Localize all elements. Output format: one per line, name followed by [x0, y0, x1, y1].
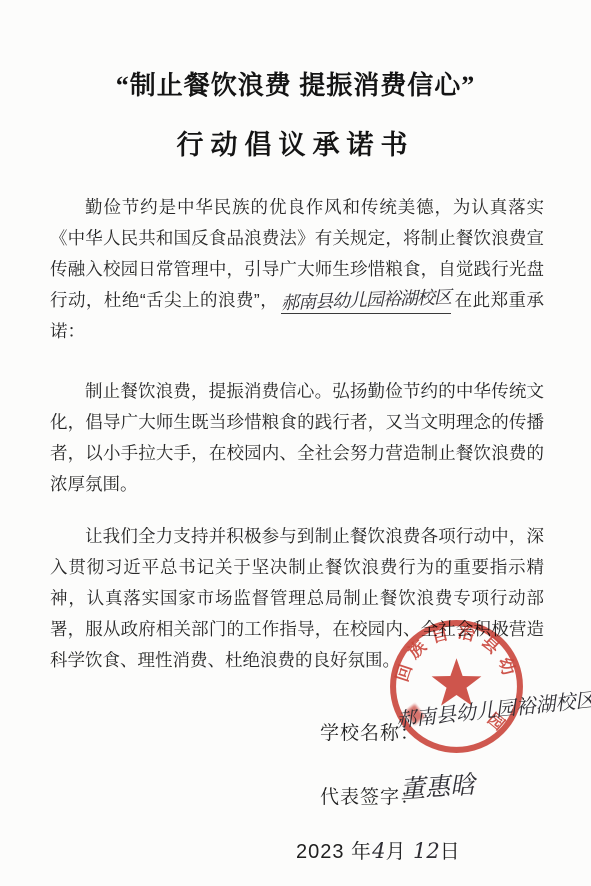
representative-signature-row: 代表签字： 董惠晗 — [320, 782, 591, 808]
official-red-seal: 回族自治县幼 园 — [386, 616, 527, 757]
date-year: 2023 年 — [296, 841, 372, 863]
filled-blank-school-name: 郝南县幼儿园裕湖校区 — [281, 288, 451, 314]
handwritten-day: 12 — [413, 839, 440, 863]
handwritten-signature: 董惠晗 — [399, 765, 476, 806]
page-subtitle: 行动倡议承诺书 — [0, 128, 591, 162]
paragraph-1: 勤俭节约是中华民族的优良作风和传统美德，为认真落实《中华人民共和国反食品浪费法》… — [50, 192, 544, 347]
handwritten-month: 4 — [372, 839, 385, 863]
paragraph-2: 制止餐饮浪费，提振消费信心。弘扬勤俭节约的中华传统文化，倡导广大师生既当珍惜粮食… — [50, 376, 544, 500]
page-title: “制止餐饮浪费 提振消费信心” — [0, 0, 591, 102]
date-day-unit: 日 — [440, 841, 461, 863]
date-month-unit: 月 — [385, 841, 406, 863]
date-line: 2023 年4月 12日 — [296, 835, 591, 864]
document-page: “制止餐饮浪费 提振消费信心” 行动倡议承诺书 勤俭节约是中华民族的优良作风和传… — [0, 0, 591, 886]
handwritten-school-name-inline: 郝南县幼儿园裕湖校区 — [281, 286, 452, 316]
